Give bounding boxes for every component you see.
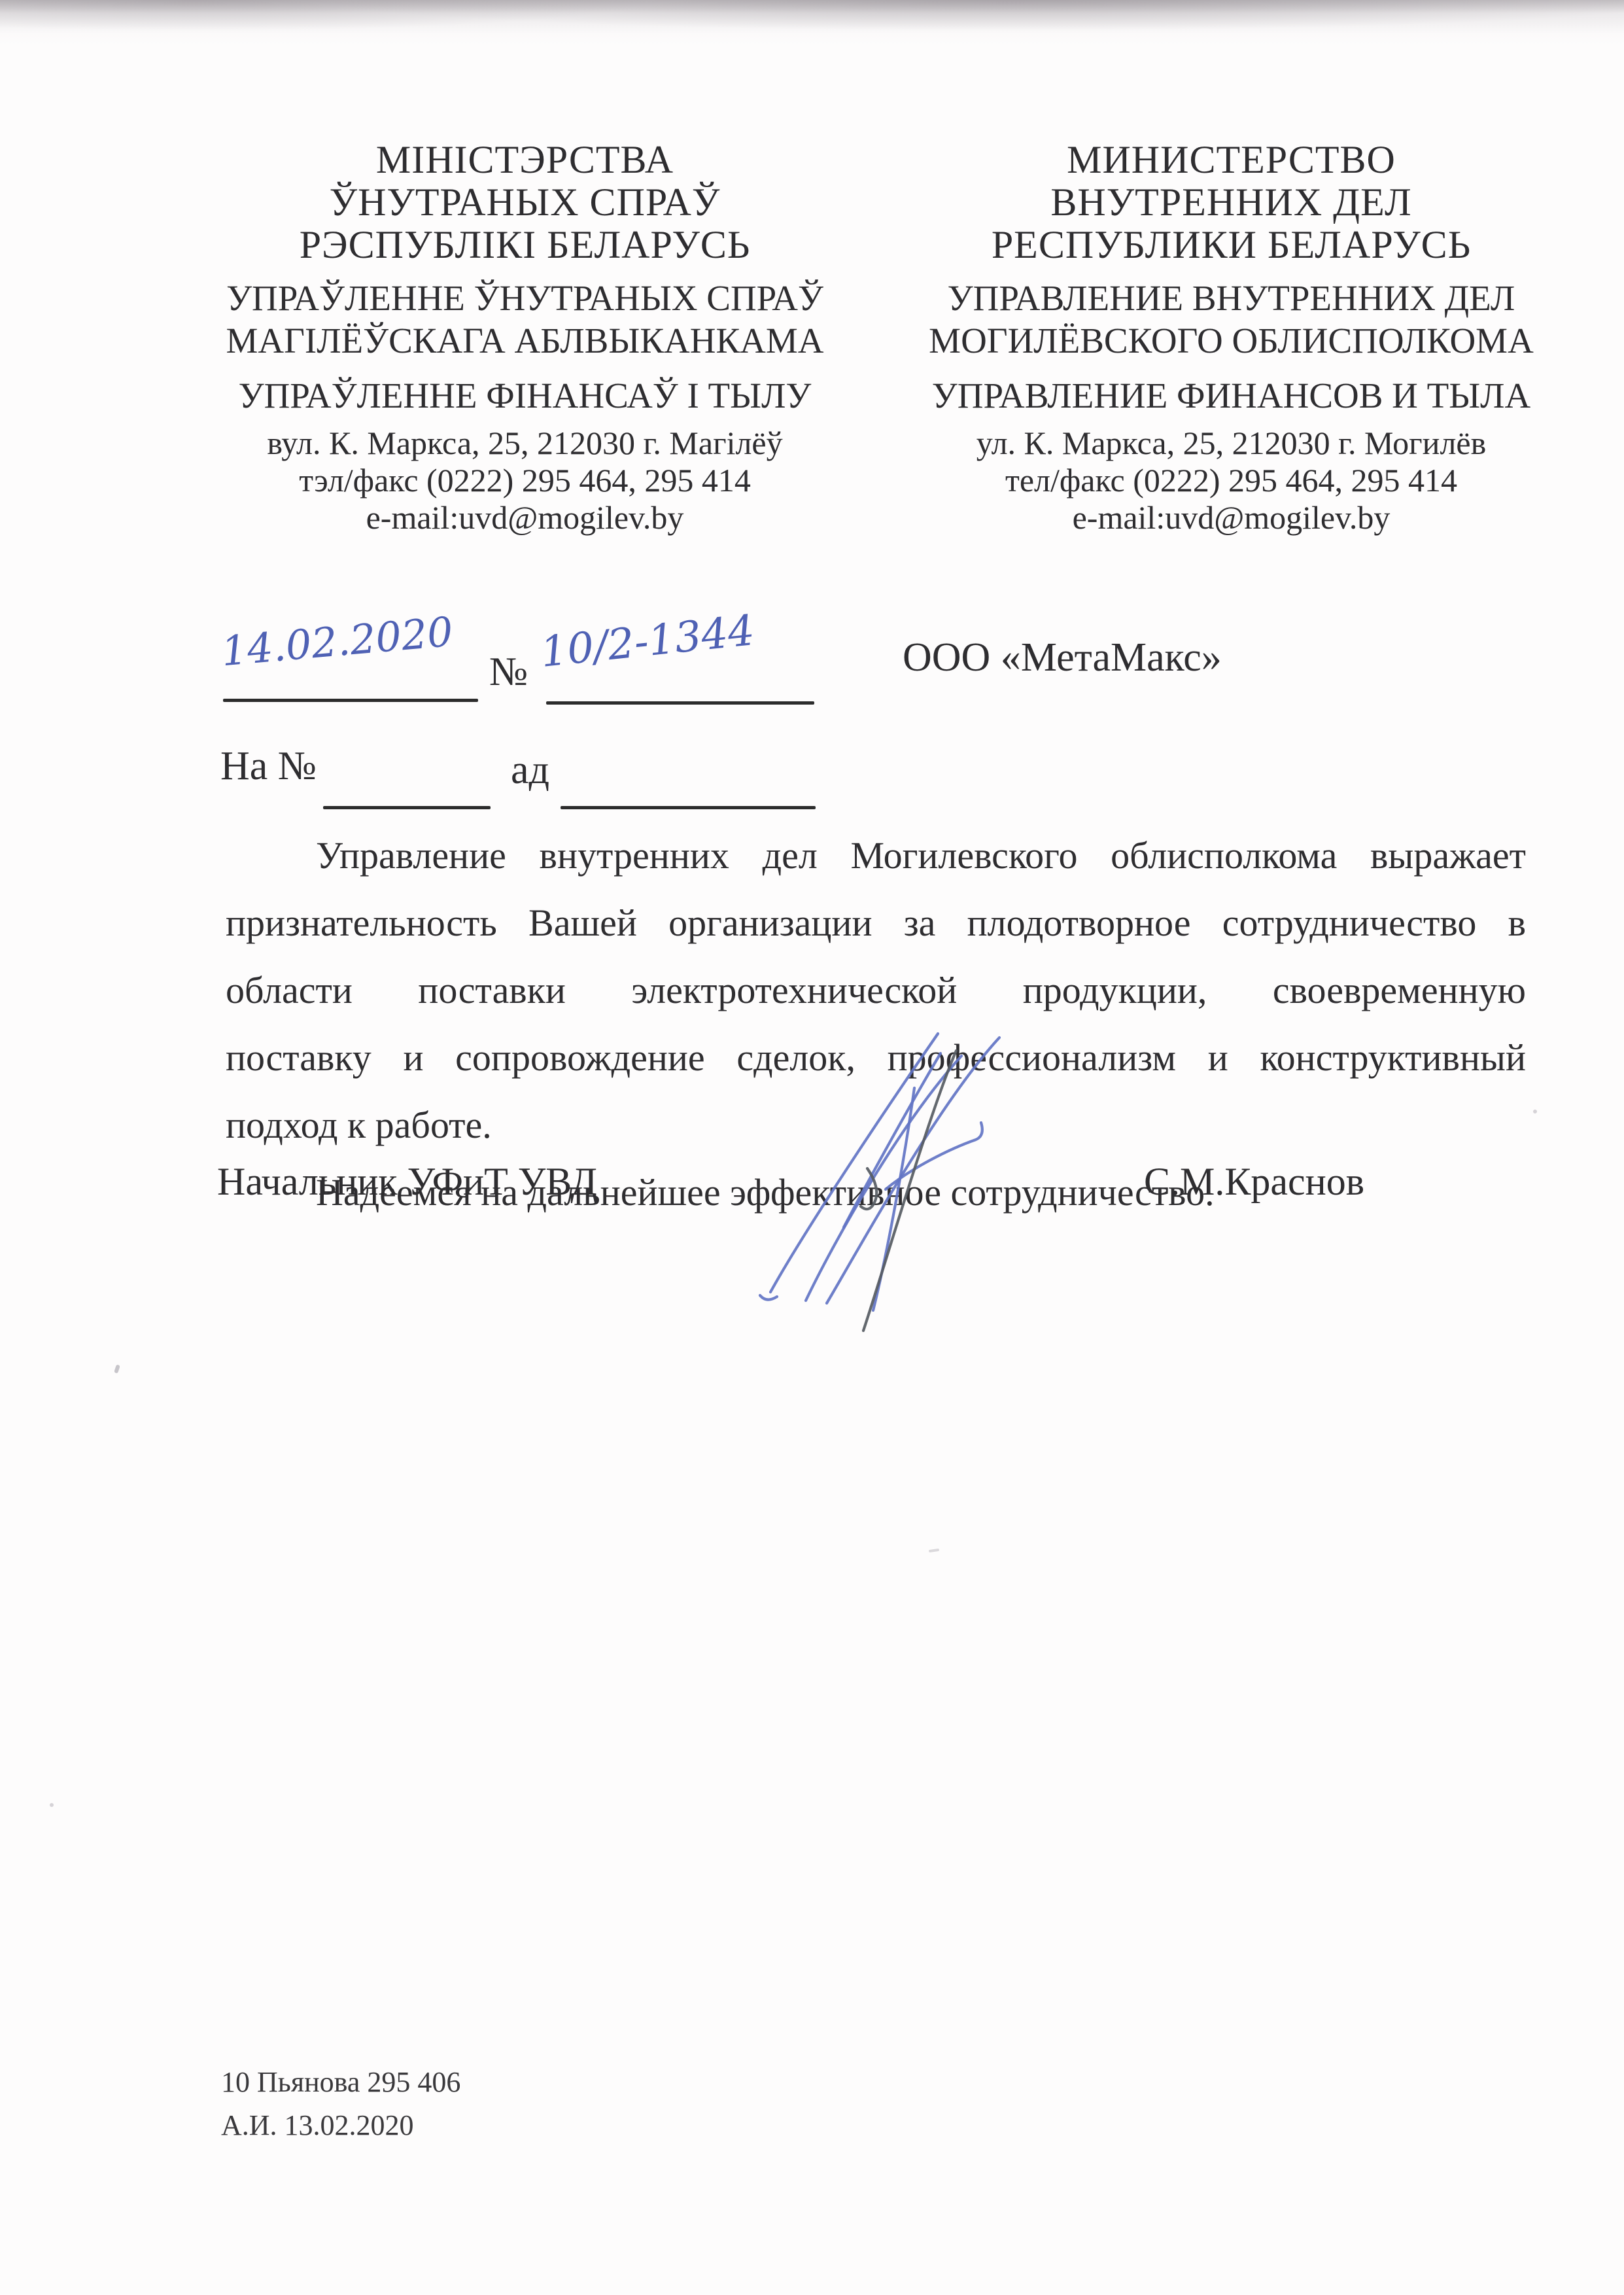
email-ru: e-mail:uvd@mogilev.by xyxy=(873,499,1589,536)
ministry-name-ru: МИНИСТЕРСТВО ВНУТРЕННИХ ДЕЛ РЕСПУБЛИКИ Б… xyxy=(873,139,1589,266)
body-line: признательность Вашей организации за пло… xyxy=(226,889,1526,956)
contact-block-by: вул. К. Маркса, 25, 212030 г. Магілёў тэ… xyxy=(167,425,883,536)
executor-line: 10 Пьянова 295 406 xyxy=(221,2061,460,2104)
scan-speck xyxy=(1533,1110,1537,1113)
scan-speck xyxy=(114,1364,120,1373)
scanned-letter-page: МІНІСТЭРСТВА ЎНУТРАНЫХ СПРАЎ РЭСПУБЛІКІ … xyxy=(0,0,1624,2295)
department-name-ru: УПРАВЛЕНИЕ ВНУТРЕННИХ ДЕЛ МОГИЛЁВСКОГО О… xyxy=(873,277,1589,362)
letterhead-right: МИНИСТЕРСТВО ВНУТРЕННИХ ДЕЛ РЕСПУБЛИКИ Б… xyxy=(873,139,1589,536)
department-line: УПРАЎЛЕННЕ ЎНУТРАНЫХ СПРАЎ xyxy=(167,277,883,319)
letterhead-left: МІНІСТЭРСТВА ЎНУТРАНЫХ СПРАЎ РЭСПУБЛІКІ … xyxy=(167,139,883,536)
handwritten-outgoing-date: 14.02.2020 xyxy=(219,608,455,676)
handwritten-outgoing-number: 10/2-1344 xyxy=(538,606,757,677)
number-sign: № xyxy=(489,649,528,695)
signer-name: С.М.Краснов xyxy=(1144,1159,1364,1204)
reply-date-underline xyxy=(561,806,816,809)
ministry-name-by: МІНІСТЭРСТВА ЎНУТРАНЫХ СПРАЎ РЭСПУБЛІКІ … xyxy=(167,139,883,266)
scan-speck xyxy=(929,1549,939,1552)
ministry-line: МИНИСТЕРСТВО xyxy=(873,139,1589,181)
ministry-line: РЕСПУБЛИКИ БЕЛАРУСЬ xyxy=(873,224,1589,266)
scan-artifact-band xyxy=(0,0,1624,37)
street-address-by: вул. К. Маркса, 25, 212030 г. Магілёў xyxy=(167,425,883,462)
ministry-line: ВНУТРЕННИХ ДЕЛ xyxy=(873,181,1589,224)
street-address-ru: ул. К. Маркса, 25, 212030 г. Могилёв xyxy=(873,425,1589,462)
ministry-line: РЭСПУБЛІКІ БЕЛАРУСЬ xyxy=(167,224,883,266)
phone-fax-ru: тел/факс (0222) 295 464, 295 414 xyxy=(873,462,1589,499)
department-line: МАГІЛЁЎСКАГА АБЛВЫКАНКАМА xyxy=(167,319,883,362)
department-line: МОГИЛЁВСКОГО ОБЛИСПОЛКОМА xyxy=(873,319,1589,362)
reply-date-label: ад xyxy=(511,747,549,793)
handwritten-signature xyxy=(739,994,1053,1348)
signer-position: Начальник УФиТ УВД xyxy=(217,1159,597,1204)
unit-name-ru: УПРАВЛЕНИЕ ФИНАНСОВ И ТЫЛА xyxy=(873,376,1589,415)
department-line: УПРАВЛЕНИЕ ВНУТРЕННИХ ДЕЛ xyxy=(873,277,1589,319)
executor-footer: 10 Пьянова 295 406 А.И. 13.02.2020 xyxy=(221,2061,460,2147)
unit-name-by: УПРАЎЛЕННЕ ФІНАНСАЎ І ТЫЛУ xyxy=(167,376,883,415)
ministry-line: МІНІСТЭРСТВА xyxy=(167,139,883,181)
department-name-by: УПРАЎЛЕННЕ ЎНУТРАНЫХ СПРАЎ МАГІЛЁЎСКАГА … xyxy=(167,277,883,362)
scan-speck xyxy=(50,1803,54,1807)
email-by: e-mail:uvd@mogilev.by xyxy=(167,499,883,536)
reply-number-label: На № xyxy=(220,743,317,789)
phone-fax-by: тэл/факс (0222) 295 464, 295 414 xyxy=(167,462,883,499)
addressee: ООО «МетаМакс» xyxy=(903,635,1222,681)
executor-date-line: А.И. 13.02.2020 xyxy=(221,2104,460,2147)
body-line: Управление внутренних дел Могилевского о… xyxy=(226,822,1526,889)
number-underline xyxy=(546,701,814,705)
ministry-line: ЎНУТРАНЫХ СПРАЎ xyxy=(167,181,883,224)
date-underline xyxy=(223,699,478,702)
reply-number-underline xyxy=(323,806,491,809)
contact-block-ru: ул. К. Маркса, 25, 212030 г. Могилёв тел… xyxy=(873,425,1589,536)
